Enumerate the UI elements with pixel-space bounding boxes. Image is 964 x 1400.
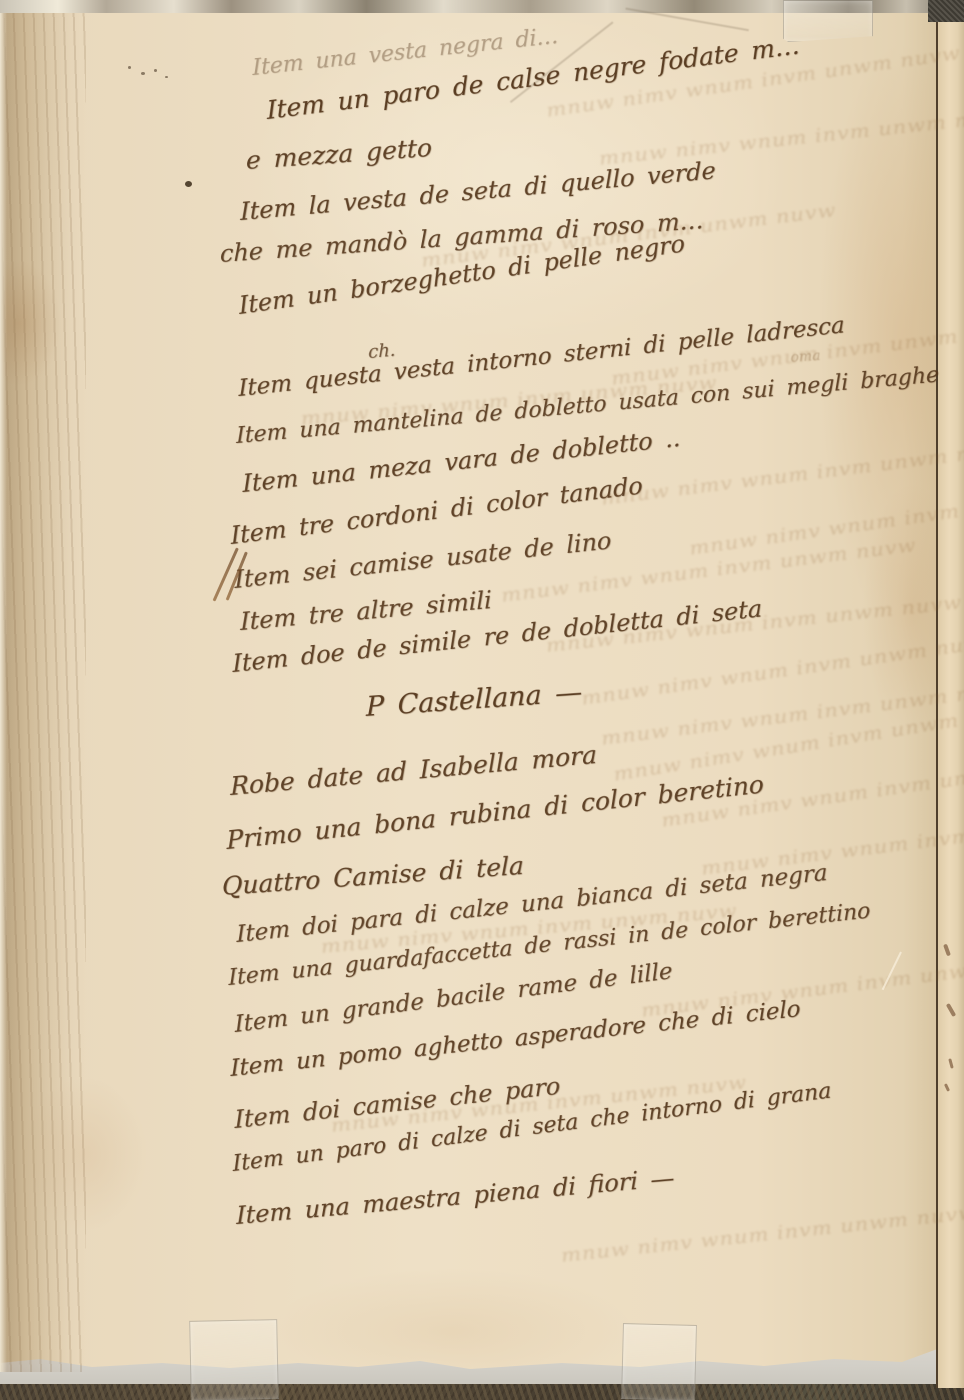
bleedthrough-text: mnuw nimv wnum invm unwm nuvw — [560, 1201, 964, 1266]
facing-page-ink-mark — [948, 1058, 953, 1068]
ink-blot — [185, 181, 192, 187]
bleedthrough-text: mnuw nimv wnum invm unwm nuvw — [598, 104, 964, 169]
manuscript-line: Item una maestra piena di fiori — — [236, 1164, 675, 1230]
ink-speck — [141, 72, 145, 75]
tape-bottom-left — [189, 1319, 279, 1400]
faint-pen-note: oma — [790, 348, 821, 366]
paper-crease — [626, 8, 749, 31]
handwriting-layer: mnuw nimv wnum invm unwm nuvwmnuw nimv w… — [0, 0, 964, 1400]
manuscript-line: Quattro Camise di tela — [222, 851, 524, 901]
ink-speck — [154, 69, 157, 72]
facing-page-ink-mark — [946, 1003, 956, 1017]
manuscript-line: e mezza getto — [246, 133, 432, 175]
manuscript-photo: mnuw nimv wnum invm unwm nuvwmnuw nimv w… — [0, 0, 964, 1400]
bleedthrough-text: mnuw nimv wnum invm unwm nuvw — [640, 949, 964, 1021]
ink-speck — [165, 76, 168, 78]
facing-page-ink-mark — [944, 1083, 950, 1092]
facing-page-ink-mark — [943, 944, 951, 957]
manuscript-line: P Castellana — — [366, 677, 582, 723]
tape-bottom-center — [621, 1323, 697, 1400]
ink-speck — [128, 66, 131, 69]
tape-top-right — [783, 0, 873, 42]
